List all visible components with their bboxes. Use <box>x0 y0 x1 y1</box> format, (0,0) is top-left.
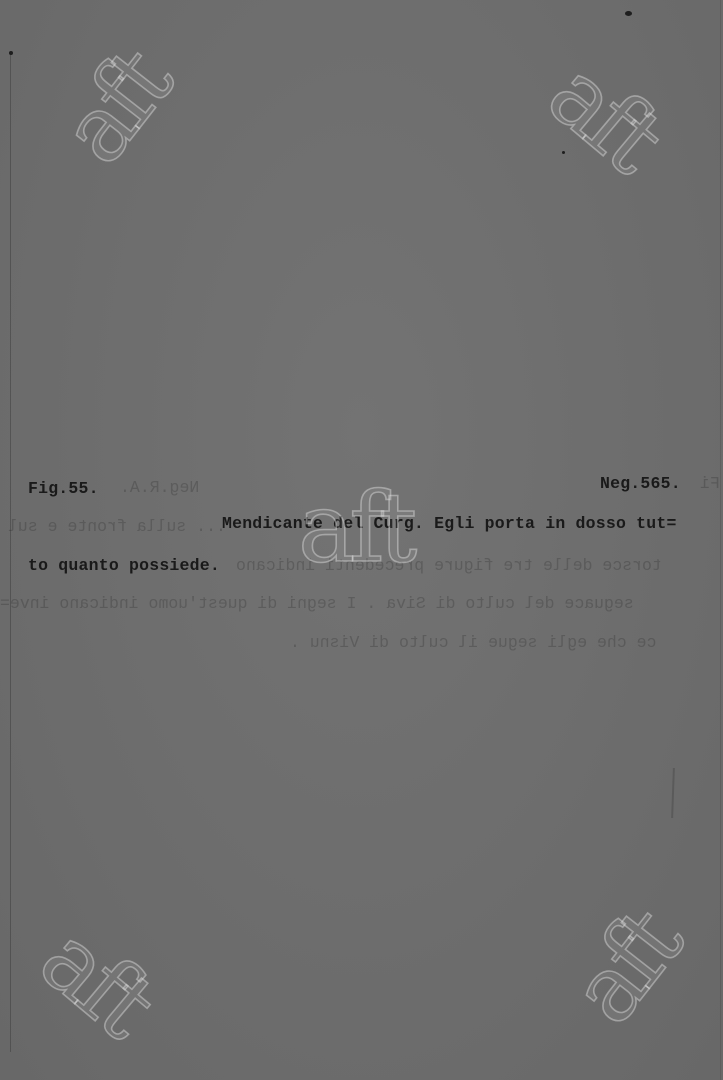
page-edge-line <box>720 0 721 1080</box>
aft-watermark: aft <box>533 46 675 186</box>
caption-line: Mendicante del Curg. Egli porta in dosso… <box>222 516 677 533</box>
bleed-through-text: seguace del culto di Siva . I segni di q… <box>0 596 634 613</box>
dust-speck <box>9 51 13 55</box>
aft-watermark: aft <box>46 37 185 179</box>
aft-watermark: aft <box>298 480 411 576</box>
aft-watermark: aft <box>25 911 167 1051</box>
dust-speck <box>625 11 632 16</box>
figure-label: Fig.55. <box>28 481 99 498</box>
bleed-through-text: ce che egli segue il culto di Visnu . <box>290 635 656 652</box>
bleed-through-text: Neg.R.A. <box>120 480 199 497</box>
bleed-through-text: ... sulla fronte e sul <box>8 519 226 536</box>
scanned-document-page: Neg.R.A. ... sulla fronte e sul torsce d… <box>0 0 723 1080</box>
negative-number: Neg.565. <box>600 476 681 493</box>
aft-watermark: aft <box>556 897 695 1039</box>
caption-line: to quanto possiede. <box>28 558 220 575</box>
page-edge-line <box>10 52 11 1052</box>
bleed-through-text: Fi <box>700 476 720 493</box>
paper-crease <box>671 768 675 818</box>
